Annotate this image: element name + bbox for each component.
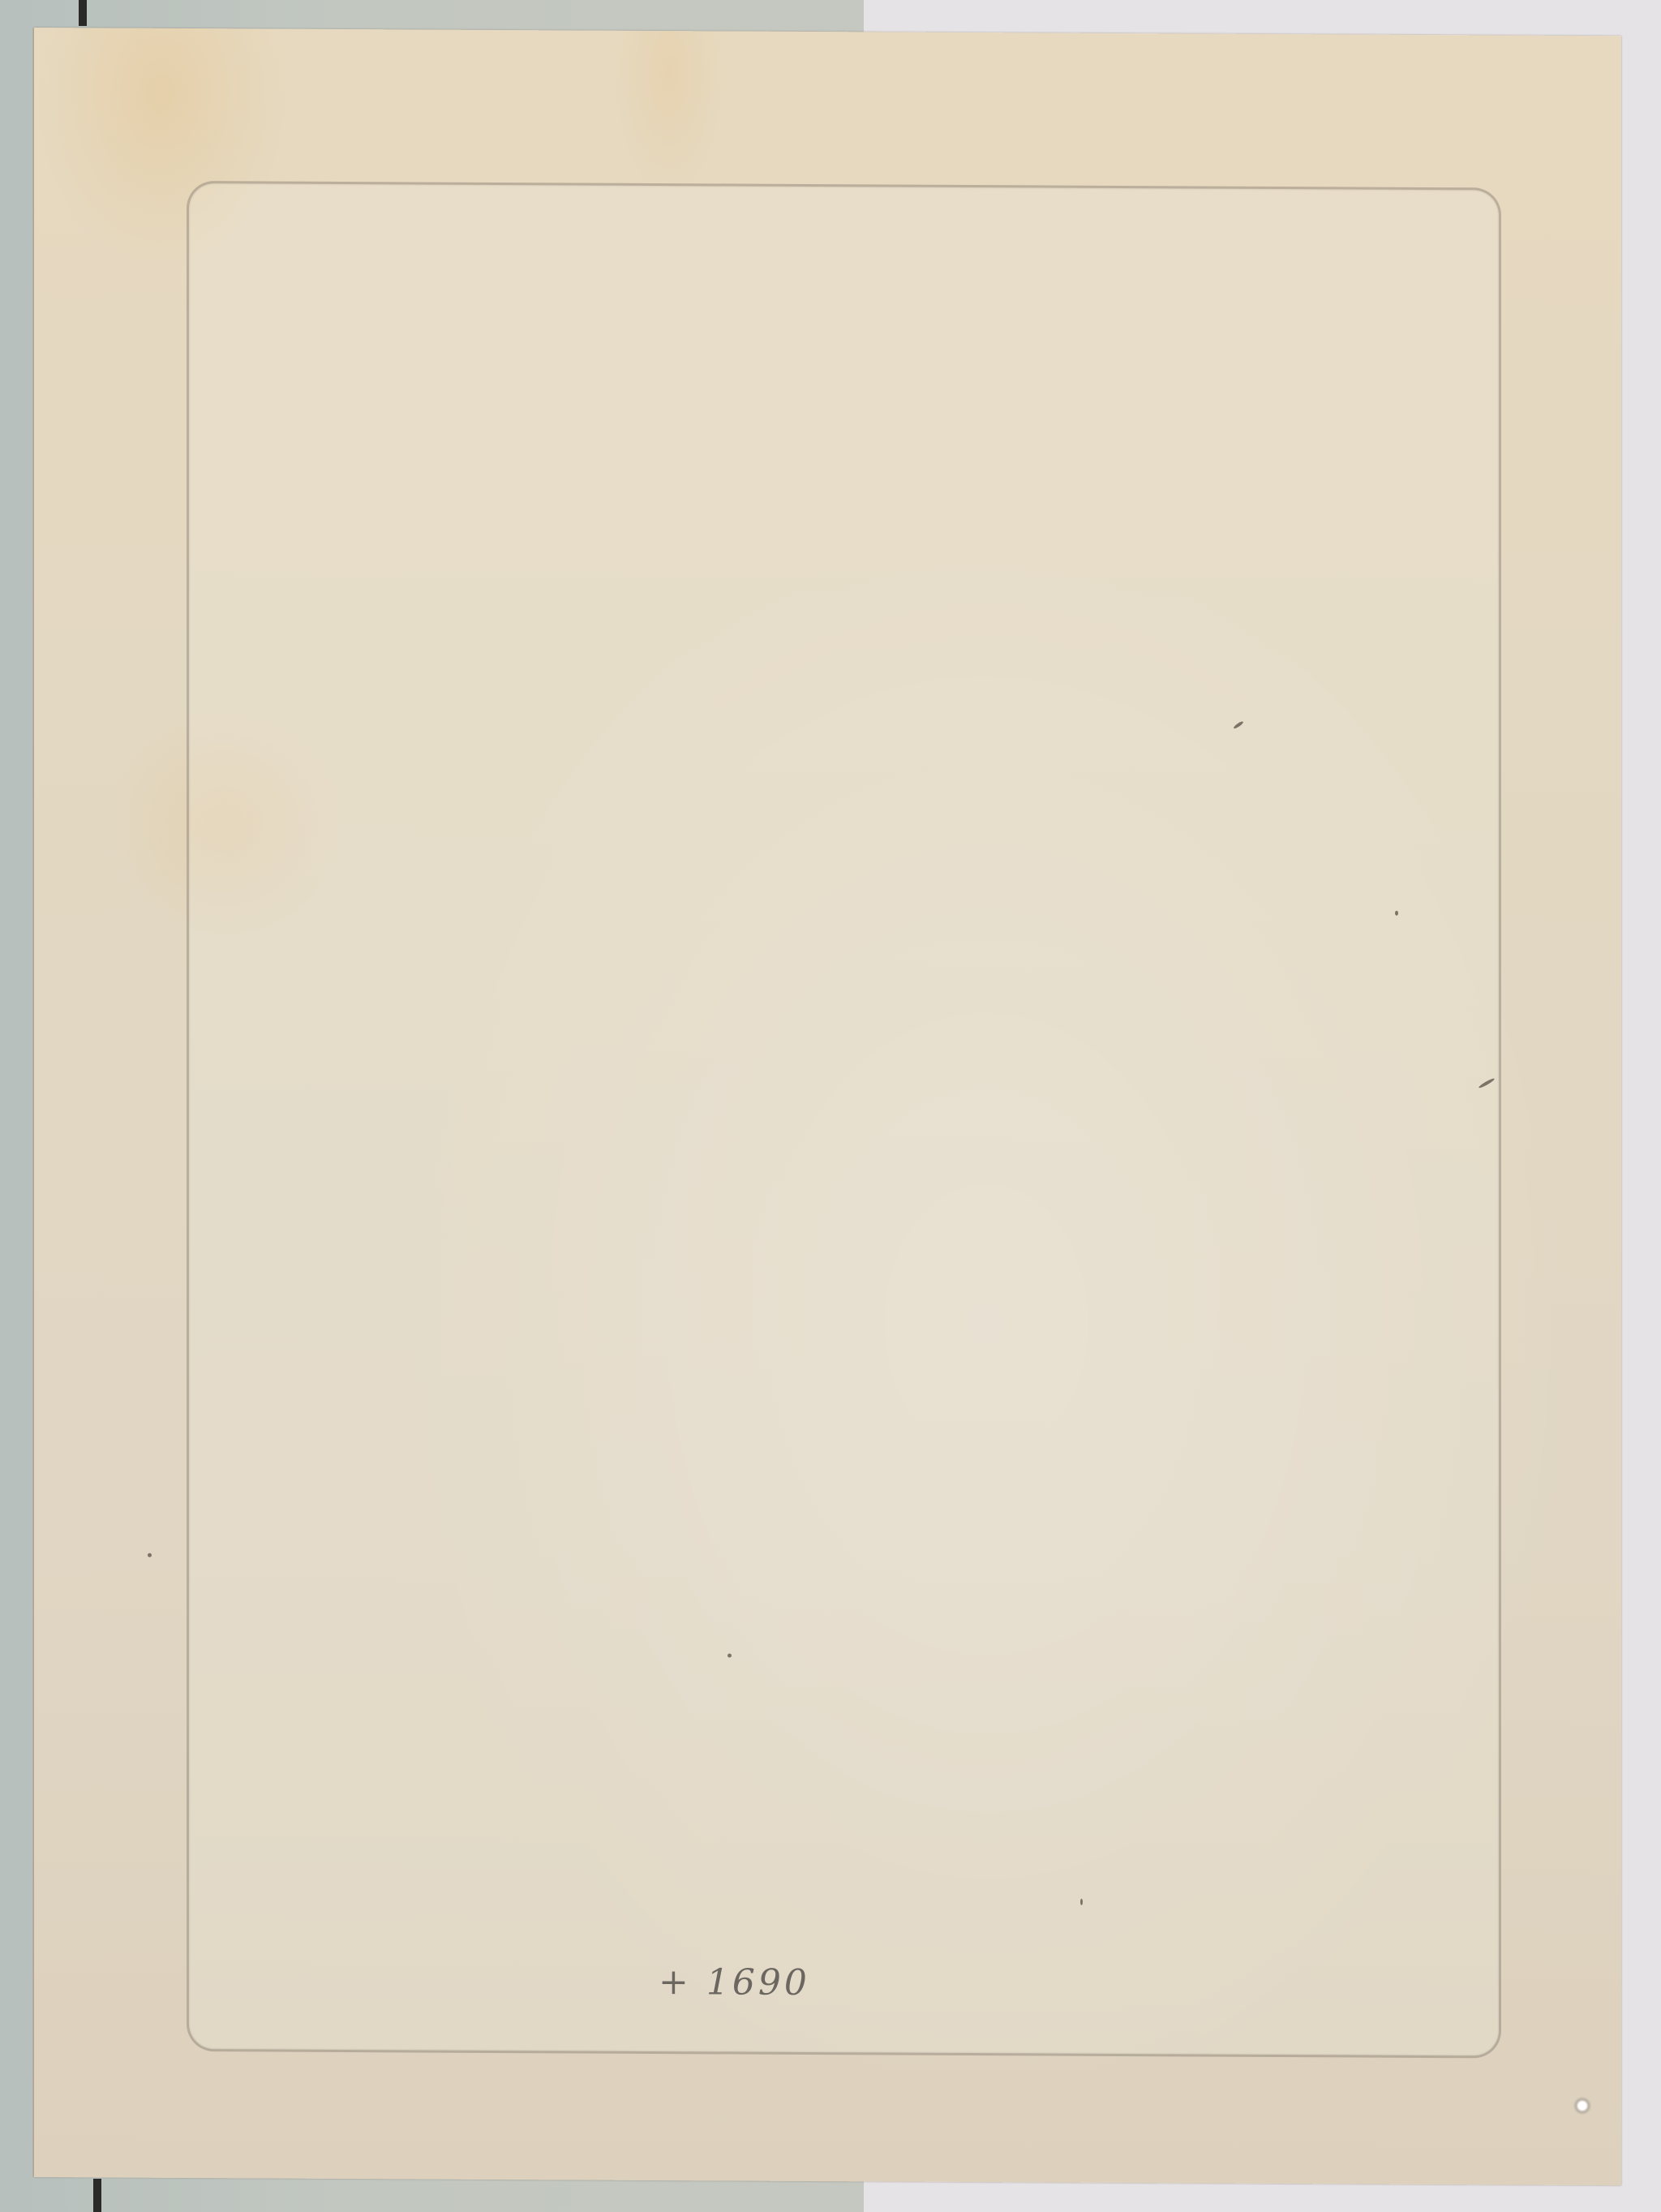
board-marker-line-bottom <box>93 2179 101 2212</box>
pinhole <box>1573 2097 1591 2115</box>
paper-speck <box>148 1553 152 1557</box>
pencil-annotation: + 1690 <box>659 1961 810 2004</box>
paper-speck <box>1395 911 1398 916</box>
paper-speck <box>1080 1899 1083 1905</box>
plate-mark <box>187 181 1501 2058</box>
paper-sheet: + 1690 <box>34 28 1621 2185</box>
paper-speck <box>727 1653 732 1657</box>
board-marker-line-top <box>79 0 87 26</box>
